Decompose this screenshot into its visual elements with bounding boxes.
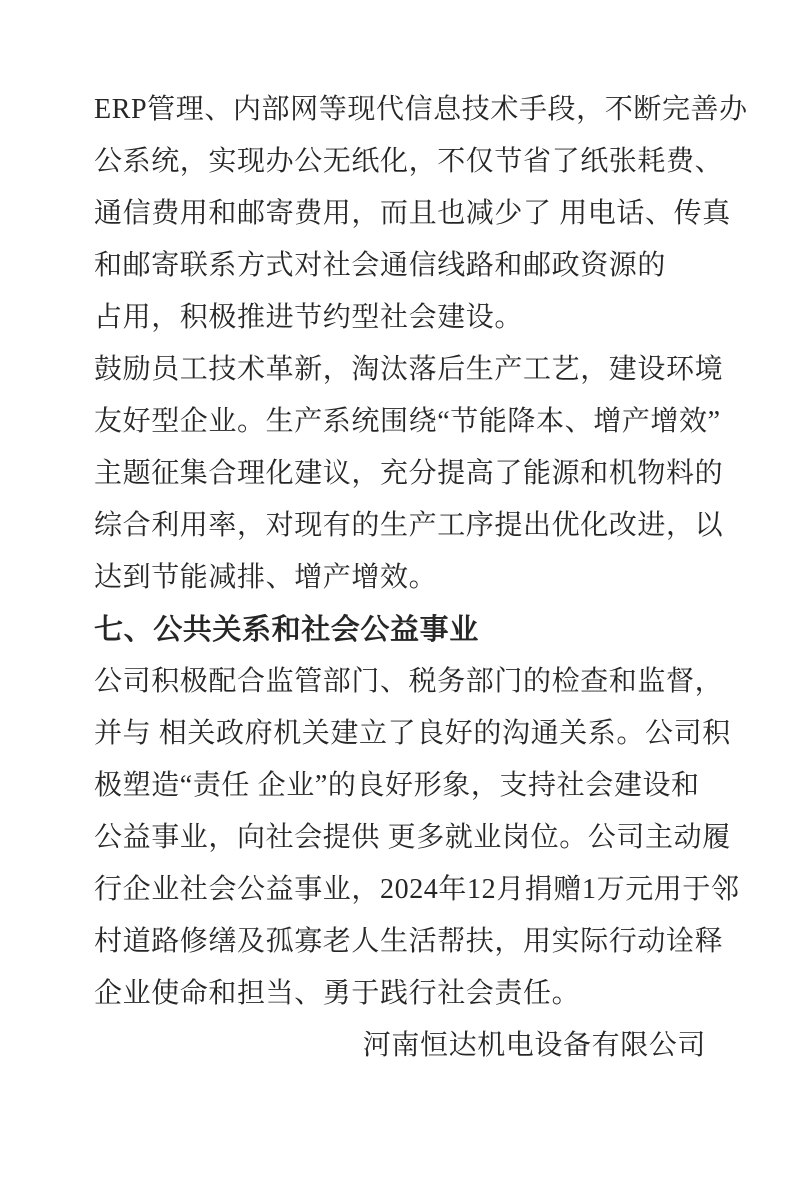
text-line: 通信费用和邮寄费用，而且也减少了 用电话、传真 <box>94 188 722 240</box>
text-line: 综合利用率，对现有的生产工序提出优化改进，以 <box>94 500 722 552</box>
text-line: 和邮寄联系方式对社会通信线路和邮政资源的 <box>94 240 722 292</box>
text-line: 公益事业，向社会提供 更多就业岗位。公司主动履 <box>94 812 722 864</box>
section-heading: 七、公共关系和社会公益事业 <box>94 604 722 656</box>
text-line: 并与 相关政府机关建立了良好的沟通关系。公司积 <box>94 708 722 760</box>
text-line: 行企业社会公益事业，2024年12月捐赠1万元用于邻 <box>94 864 722 916</box>
text-line: 村道路修缮及孤寡老人生活帮扶，用实际行动诠释 <box>94 916 722 968</box>
text-line: 公系统，实现办公无纸化，不仅节省了纸张耗费、 <box>94 136 722 188</box>
text-line: 达到节能减排、增产增效。 <box>94 552 722 604</box>
text-line: 占用，积极推进节约型社会建设。 <box>94 292 722 344</box>
text-line: 企业使命和担当、勇于践行社会责任。 <box>94 968 722 1020</box>
company-signature: 河南恒达机电设备有限公司 <box>94 1020 722 1072</box>
text-line: 友好型企业。生产系统围绕“节能降本、增产增效” <box>94 396 722 448</box>
document-page: ERP管理、内部网等现代信息技术手段，不断完善办 公系统，实现办公无纸化，不仅节… <box>0 0 800 1203</box>
text-line: 主题征集合理化建议，充分提高了能源和机物料的 <box>94 448 722 500</box>
text-line: 极塑造“责任 企业”的良好形象，支持社会建设和 <box>94 760 722 812</box>
text-line: 鼓励员工技术革新，淘汰落后生产工艺，建设环境 <box>94 344 722 396</box>
text-line: ERP管理、内部网等现代信息技术手段，不断完善办 <box>94 84 722 136</box>
text-line: 公司积极配合监管部门、税务部门的检查和监督， <box>94 656 722 708</box>
document-text-block: ERP管理、内部网等现代信息技术手段，不断完善办 公系统，实现办公无纸化，不仅节… <box>94 84 722 1072</box>
